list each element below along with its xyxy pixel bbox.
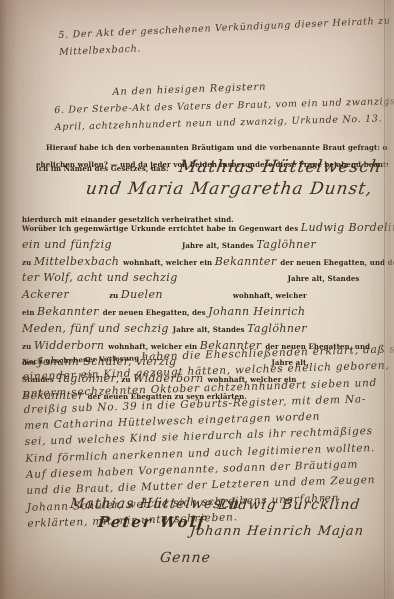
printed-text: Jahre alt, Standes	[182, 241, 256, 250]
handwritten-text: Mittelbexbach	[34, 255, 123, 268]
signature-witness-1: Ludwig Burcklind	[217, 497, 361, 513]
document-line: Hierauf habe ich den vorbenannten Bräuti…	[36, 138, 388, 155]
handwritten-text: Johann Heinrich	[208, 305, 305, 318]
document-line: zu Mittelbexbach wohnhaft, welcher ein B…	[22, 253, 388, 270]
printed-text: wohnhaft, welcher ein	[123, 258, 215, 267]
handwritten-text: Meden, fünf und sechzig	[22, 322, 173, 335]
handwritten-text: Bekannter	[37, 305, 103, 318]
document-line: Ackererzu Duelenwohnhaft, welcher	[22, 286, 388, 303]
printed-text: Worüber ich gegenwärtige Urkunde erricht…	[22, 224, 301, 233]
bride-name-handwritten: und Maria Margaretha Dunst,	[85, 179, 374, 199]
marginal-note-5: 5. Der Akt der geschehenen Verkündigung …	[58, 11, 392, 59]
printed-text: der neuen Ehegatten, und des	[280, 258, 394, 267]
page-edge-shadow-left	[0, 0, 18, 599]
page-edge-right	[384, 0, 394, 599]
signature-witness-2: Johann Heinrich Majan	[189, 524, 365, 539]
printed-text: der neuen Ehegatten, des	[103, 308, 209, 317]
declaration-line-3: ich im Namen des Gesetzes, daß: Mathias …	[36, 164, 382, 177]
printed-text: zu	[22, 258, 34, 267]
handwritten-text: Taglöhner	[256, 238, 316, 251]
handwritten-text: ein und fünfzig	[22, 238, 112, 251]
document-photo: 5. Der Akt der geschehenen Verkündigung …	[0, 0, 394, 599]
printed-text: zu	[22, 342, 34, 351]
document-line: Worüber ich gegenwärtige Urkunde erricht…	[22, 219, 388, 236]
handwritten-text: Mittelbexbach.	[59, 43, 142, 58]
document-line: Meden, fünf und sechzig Jahre alt, Stand…	[22, 320, 388, 337]
printed-text: wohnhaft, welcher	[233, 291, 307, 300]
printed-text: ich im Namen des Gesetzes, daß:	[36, 164, 169, 173]
handwritten-text: ter Wolf, acht und sechzig	[22, 271, 178, 284]
printed-text: zu	[109, 291, 121, 300]
printed-text: Hierauf habe ich den vorbenannten Bräuti…	[46, 143, 388, 152]
handwritten-text: Ackerer	[22, 288, 69, 301]
handwritten-text: Ludwig Bordelius	[301, 221, 394, 234]
printed-text: Jahre alt, Standes	[288, 274, 360, 283]
groom-name-handwritten: Mathias Hüttelwesch	[177, 157, 383, 177]
document-line: ter Wolf, acht und sechzigJahre alt, Sta…	[22, 269, 388, 286]
handwritten-text: Duelen	[121, 288, 163, 301]
document-line: ein Bekannter der neuen Ehegatten, des J…	[22, 303, 388, 320]
document-line: ein und fünfzigJahre alt, Standes Taglöh…	[22, 236, 388, 253]
signature-registrar: Genne	[159, 550, 211, 566]
printed-text: ein	[22, 308, 37, 317]
printed-text: Jahre alt, Standes	[173, 325, 247, 334]
handwritten-text: Taglöhner	[247, 322, 307, 335]
bride-name-line: und Maria Margaretha Dunst,	[86, 179, 373, 199]
handwritten-text: Bekannter	[215, 255, 281, 268]
signature-groom: Mathias Hüttelwesch	[69, 496, 241, 512]
